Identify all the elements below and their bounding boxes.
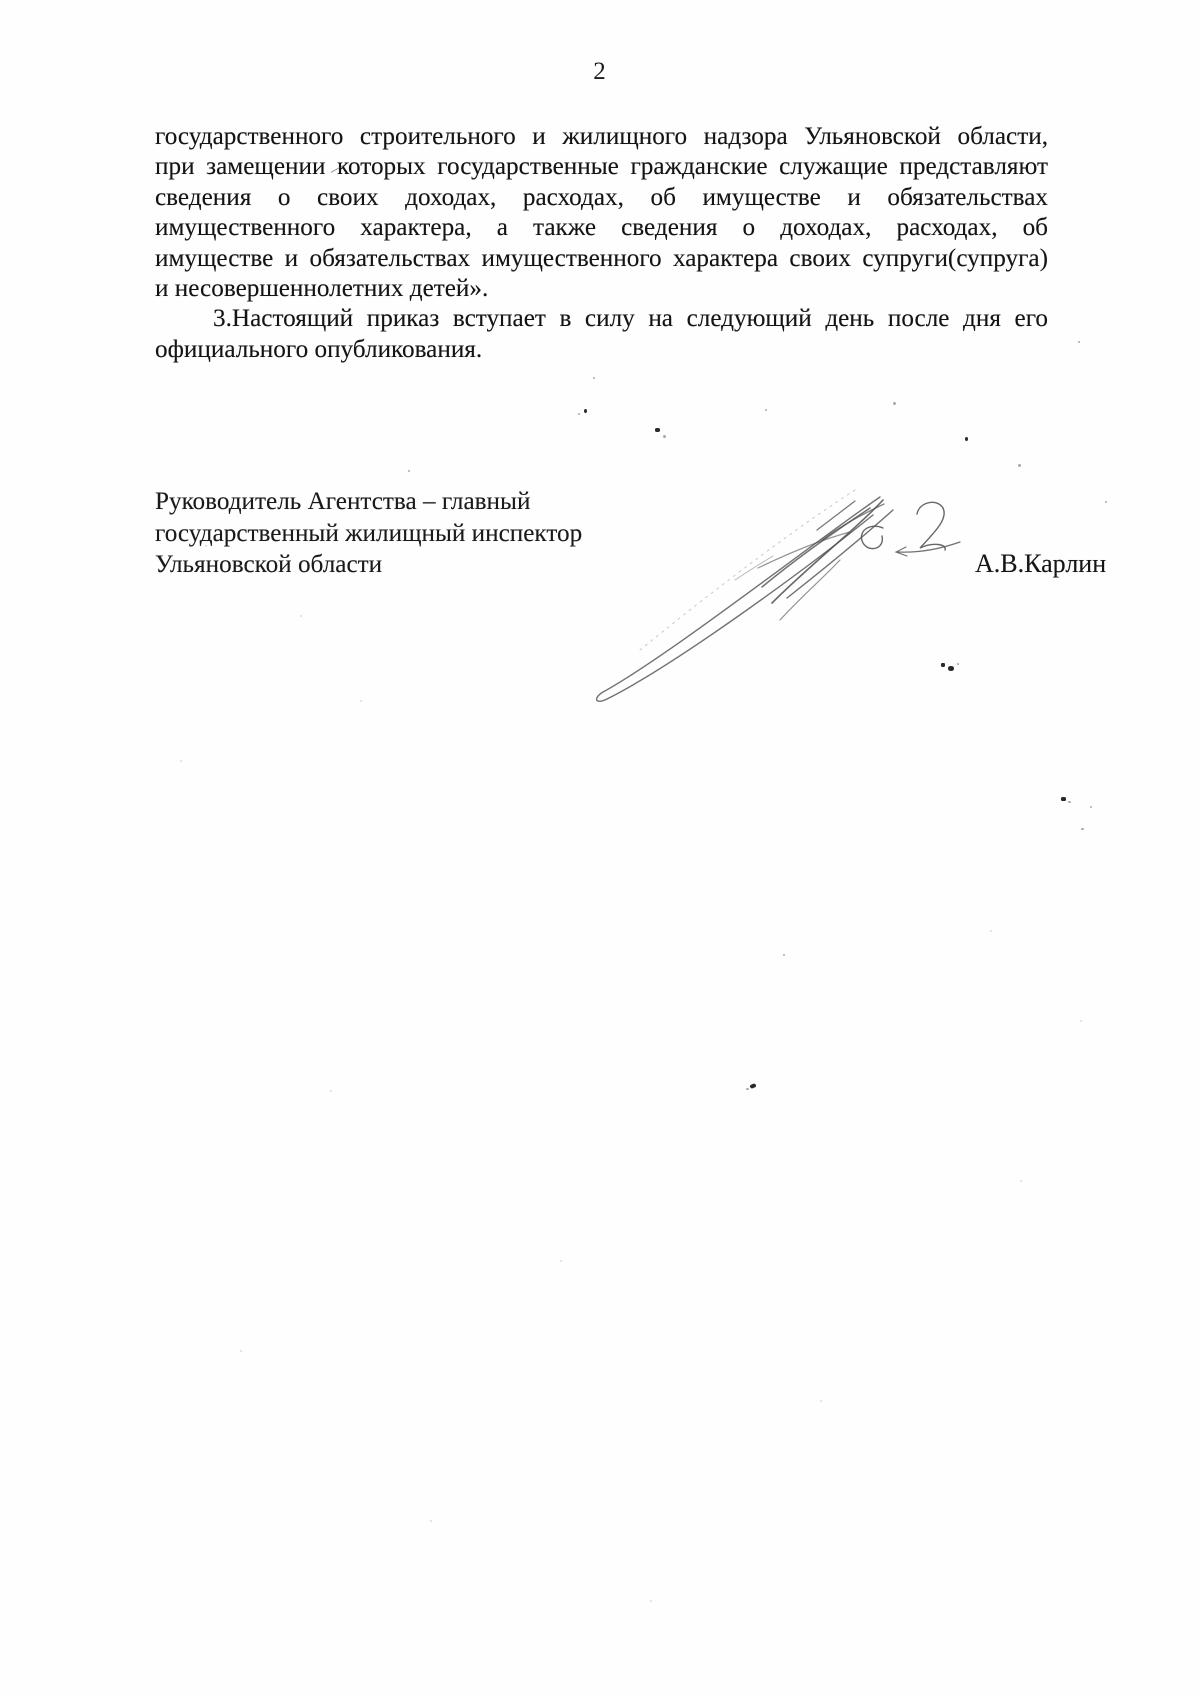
- scan-speck: [1105, 501, 1107, 503]
- signature-position-line: Руководитель Агентства – главный: [155, 486, 582, 518]
- signature-position-line: Ульяновской области: [155, 549, 582, 581]
- scan-speck: [578, 413, 580, 415]
- scan-speck: [1081, 828, 1084, 830]
- signature-block: Руководитель Агентства – главный государ…: [155, 486, 582, 581]
- body-line: государственного строительного и жилищно…: [155, 122, 1048, 152]
- scan-speck: [205, 545, 207, 547]
- page-number: 2: [0, 58, 1200, 86]
- scan-speck: [893, 402, 896, 405]
- scan-speck: [1068, 801, 1071, 803]
- body-line: имуществе и обязательствах имущественног…: [155, 244, 1048, 274]
- scan-speck: [1080, 1020, 1082, 1022]
- scan-speck: [430, 1520, 432, 1522]
- scanned-document-page: 2 государственного строительного и жилищ…: [0, 0, 1200, 1697]
- scan-speck: [990, 930, 992, 932]
- body-line: при замещении которых государственные гр…: [155, 152, 1048, 182]
- body-line: и несовершеннолетних детей».: [155, 274, 1048, 304]
- scan-speck: [180, 760, 182, 762]
- scan-speck: [749, 1083, 756, 1089]
- document-body: государственного строительного и жилищно…: [155, 122, 1048, 365]
- scan-speck: [650, 1600, 652, 1602]
- scan-speck: [330, 1090, 332, 1092]
- scan-speck: [655, 428, 660, 432]
- body-line: имущественного характера, а также сведен…: [155, 213, 1048, 243]
- body-line: сведения о своих доходах, расходах, об и…: [155, 183, 1048, 213]
- scan-speck: [408, 470, 410, 472]
- handwritten-signature: [535, 430, 975, 720]
- scan-speck: [1078, 341, 1080, 343]
- scan-speck: [1061, 797, 1066, 801]
- scan-speck: [560, 1260, 562, 1262]
- scan-speck: [260, 500, 262, 502]
- scan-speck: [746, 1088, 749, 1090]
- scan-speck: [783, 954, 785, 956]
- scan-speck: [300, 615, 302, 617]
- scan-speck: [663, 435, 666, 438]
- scan-speck: [240, 1350, 242, 1352]
- scan-speck: [1020, 1180, 1022, 1182]
- scan-speck: [820, 1400, 822, 1402]
- signatory-name: А.В.Карлин: [975, 549, 1106, 579]
- scan-speck: [360, 700, 362, 702]
- scan-speck: [1090, 806, 1092, 808]
- scan-speck: [1018, 464, 1021, 467]
- scan-speck: [593, 377, 595, 379]
- signature-position-line: государственный жилищный инспектор: [155, 518, 582, 550]
- clause-3-line: официального опубликования.: [155, 335, 1048, 365]
- scan-speck: [965, 437, 968, 441]
- scan-speck: [584, 409, 587, 413]
- clause-3-line: 3.Настоящий приказ вступает в силу на сл…: [155, 304, 1048, 334]
- scan-speck: [957, 663, 959, 665]
- scan-speck: [941, 663, 945, 667]
- scan-speck: [765, 409, 767, 411]
- scan-speck: [948, 666, 954, 671]
